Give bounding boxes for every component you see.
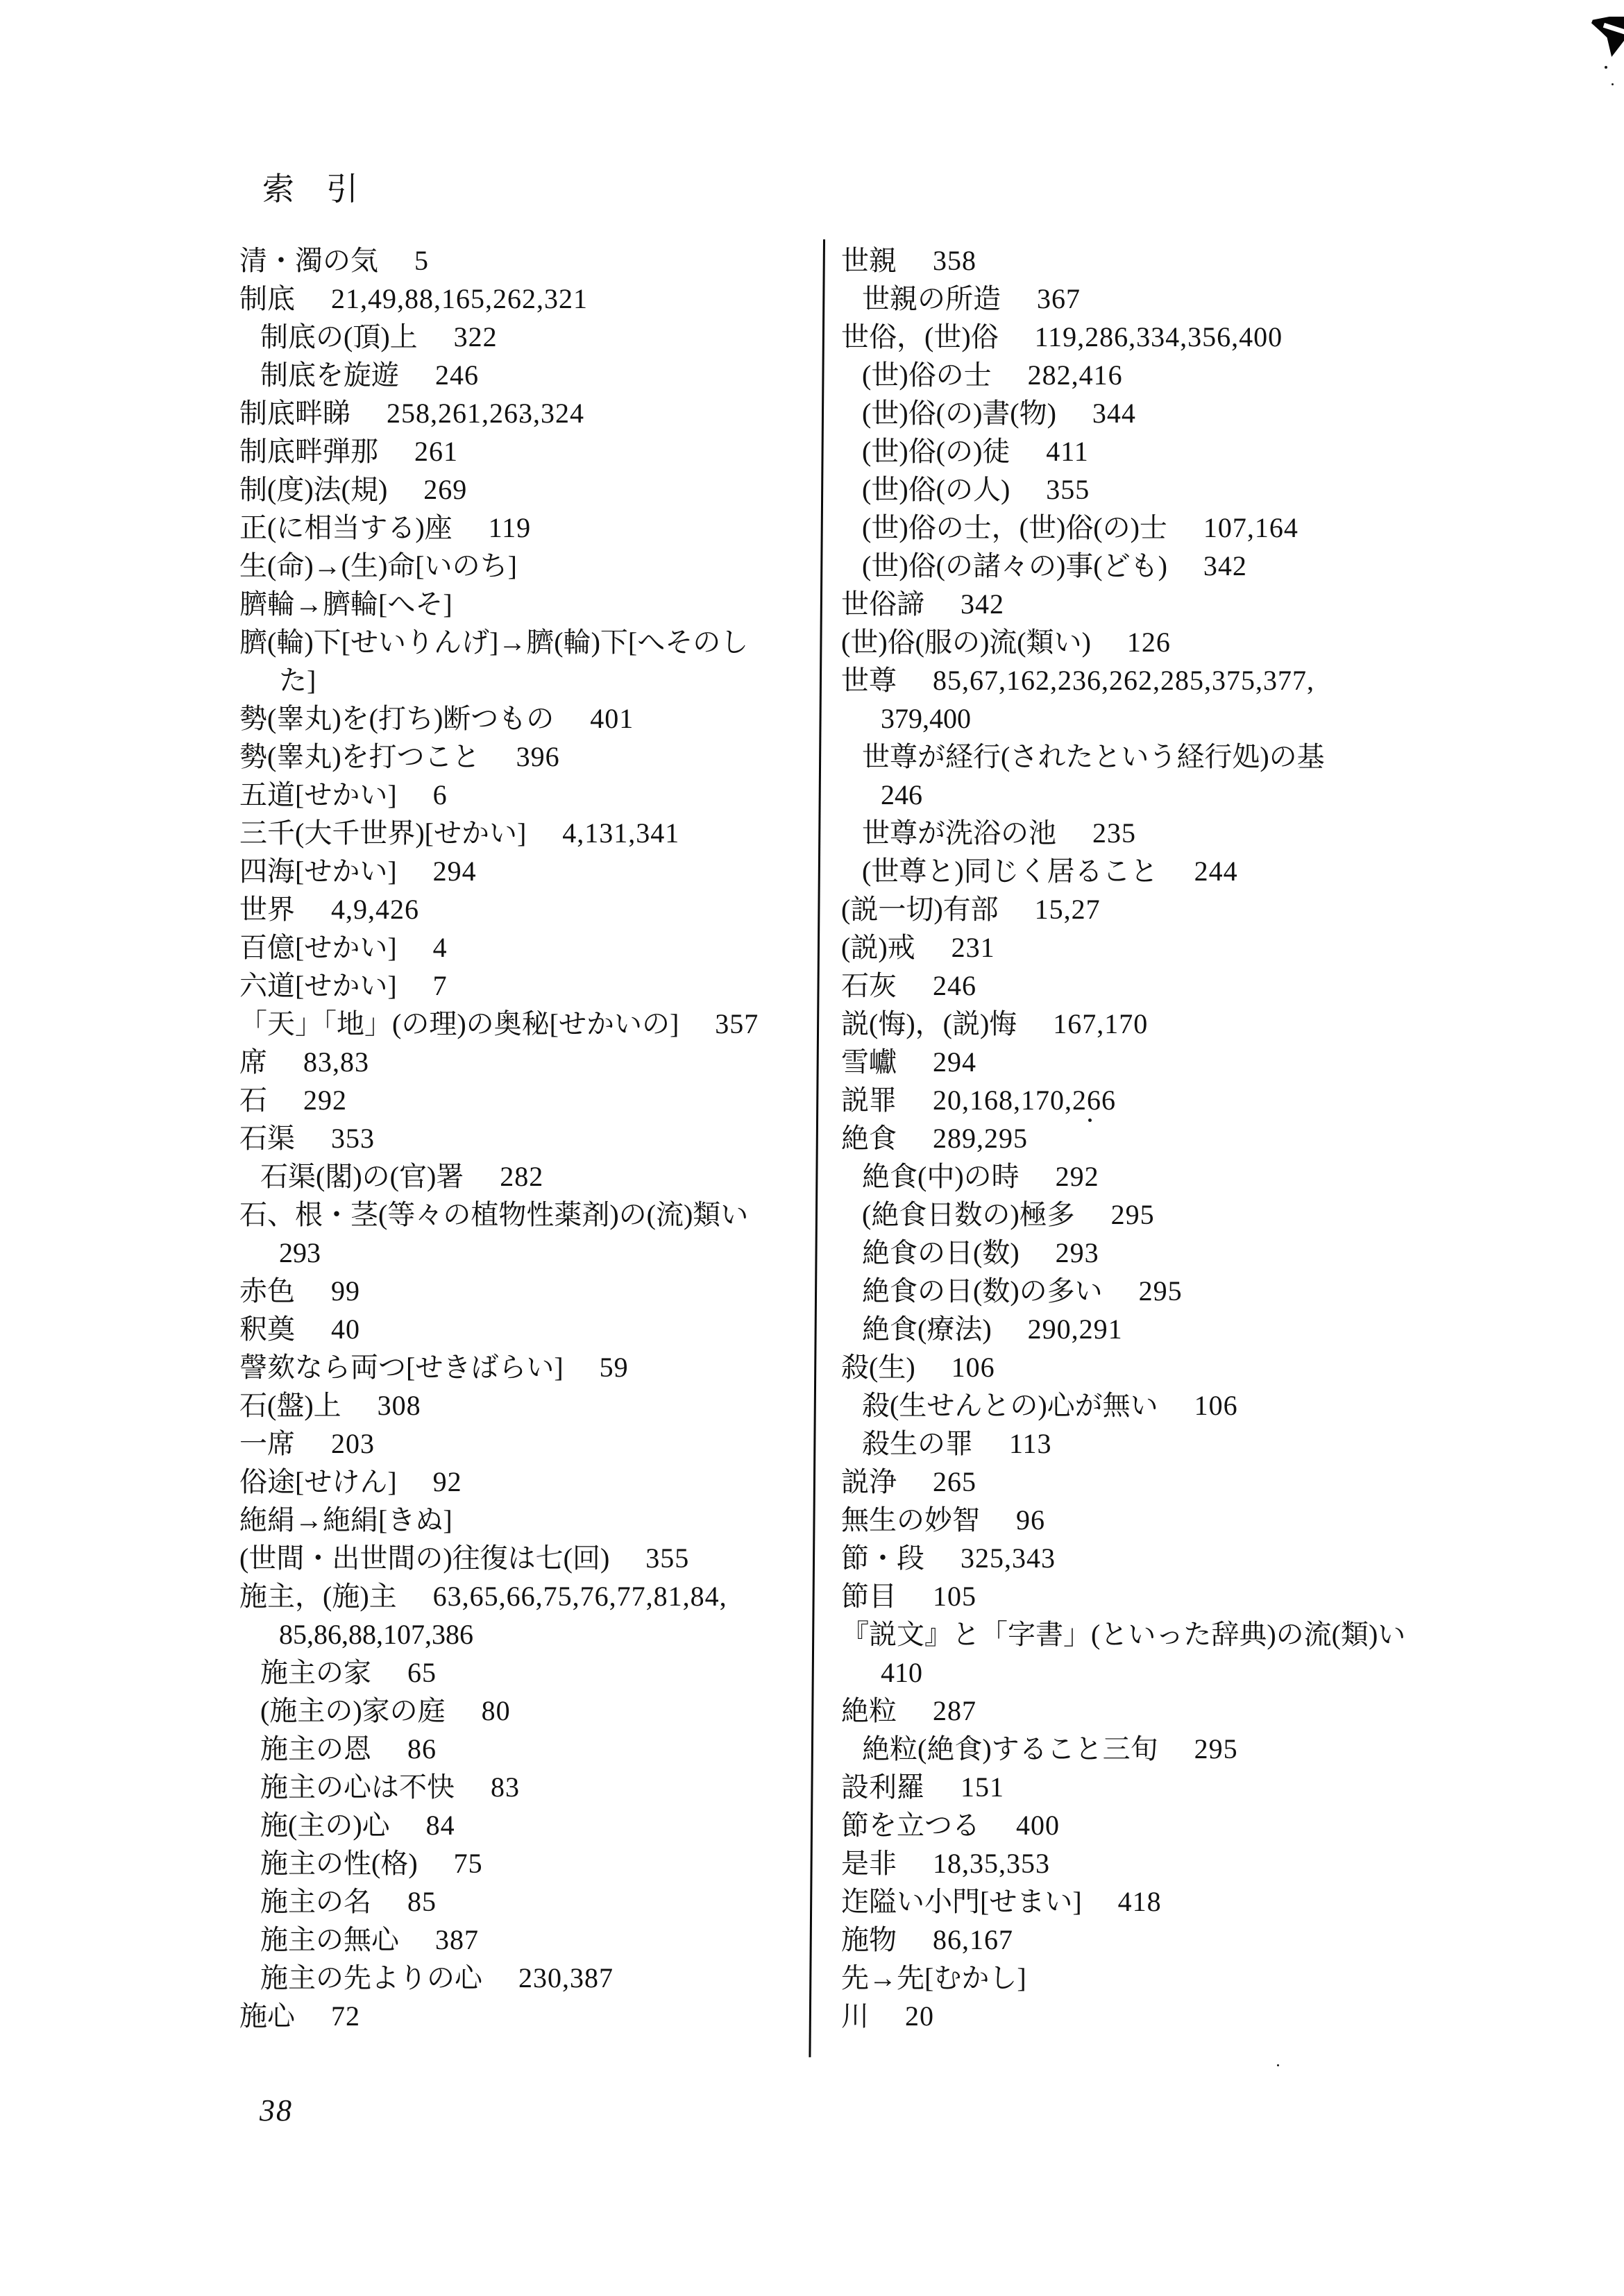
entry-term: た] [279, 665, 316, 696]
entry-term: 五道[せかい] [239, 779, 397, 810]
entry-term: 生(命)→(生)命[いのち] [239, 550, 517, 581]
index-entry: 世尊が洗浴の池235 [841, 814, 1591, 852]
index-entry: 三千(大千世界)[せかい]4,131,341 [239, 814, 829, 852]
index-entry: (世)俗の士282,416 [841, 356, 1591, 394]
index-entry: 説浄265 [841, 1463, 1591, 1501]
index-entry: 施主の恩86 [239, 1730, 829, 1768]
entry-pages: 18,35,353 [933, 1844, 1050, 1882]
index-entry: 施心72 [239, 1997, 829, 2035]
entry-term: 施物 [841, 1924, 897, 1955]
index-entry: 勢(睾丸)を(打ち)断つもの401 [239, 699, 829, 738]
index-page: { "page": { "title": "索引", "number": "38… [0, 0, 1624, 2296]
entry-pages: 4 [433, 928, 448, 967]
entry-pages: 20 [905, 1997, 934, 2035]
entry-pages: 342 [1203, 547, 1247, 585]
index-entry: 制底畔睇258,261,263,324 [239, 394, 829, 432]
entry-pages: 113 [1009, 1425, 1052, 1463]
entry-pages: 107,164 [1203, 509, 1299, 547]
index-entry: 先→先[むかし] [841, 1959, 1591, 1997]
entry-pages: 65 [407, 1653, 437, 1692]
entry-pages: 265 [933, 1463, 976, 1501]
entry-pages: 294 [933, 1043, 976, 1081]
entry-pages: 4,9,426 [331, 890, 419, 928]
entry-term: 施主の先よりの心 [260, 1962, 482, 1993]
scan-speck [521, 416, 523, 419]
entry-term: 施主の名 [260, 1886, 371, 1917]
entry-term: 勢(睾丸)を(打ち)断つもの [239, 703, 554, 734]
entry-pages: 418 [1118, 1882, 1162, 1921]
entry-pages: 151 [961, 1768, 1004, 1806]
entry-pages: 126 [1127, 623, 1171, 661]
index-entry: 謦欬なら両つ[せきばらい]59 [239, 1348, 829, 1386]
index-entry: 85,86,88,107,386 [239, 1615, 829, 1653]
index-entry: (世)俗(の諸々の)事(ども)342 [841, 547, 1591, 585]
entry-term: 謦欬なら両つ[せきばらい] [239, 1352, 564, 1383]
index-entry: 石(盤)上308 [239, 1386, 829, 1425]
index-left-column: 清・濁の気5制底21,49,88,165,262,321制底の(頂)上322制底… [239, 241, 829, 2035]
entry-term: 世親 [841, 245, 897, 276]
index-entry: (世)俗(服の)流(類い)126 [841, 623, 1591, 661]
entry-pages: 401 [590, 699, 634, 738]
index-entry: 生(命)→(生)命[いのち] [239, 547, 829, 585]
index-entry: 世尊85,67,162,236,262,285,375,377, [841, 661, 1591, 699]
entry-term: 無生の妙智 [841, 1504, 980, 1536]
entry-pages: 292 [1056, 1157, 1099, 1196]
index-entry: (世尊と)同じく居ること244 [841, 852, 1591, 890]
index-entry: 殺生の罪113 [841, 1425, 1591, 1463]
index-entry: 施物86,167 [841, 1921, 1591, 1959]
index-entry: 制(度)法(規)269 [239, 470, 829, 509]
entry-pages: 261 [414, 432, 458, 470]
index-entry: (絶食日数の)極多295 [841, 1196, 1591, 1234]
entry-term: 246 [881, 779, 922, 810]
index-entry: 是非18,35,353 [841, 1844, 1591, 1882]
index-entry: 勢(睾丸)を打つこと396 [239, 738, 829, 776]
entry-term: 施主の恩 [260, 1733, 371, 1764]
entry-term: 施主の心は不快 [260, 1771, 455, 1803]
entry-pages: 99 [331, 1272, 360, 1310]
index-entry: 制底の(頂)上322 [239, 318, 829, 356]
index-entry: 世俗，(世)俗119,286,334,356,400 [841, 318, 1591, 356]
entry-term: 石(盤)上 [239, 1390, 341, 1421]
entry-pages: 294 [433, 852, 477, 890]
entry-pages: 325,343 [961, 1539, 1056, 1577]
entry-term: 俗途[せけん] [239, 1466, 397, 1497]
entry-pages: 290,291 [1028, 1310, 1123, 1348]
entry-pages: 86,167 [933, 1921, 1013, 1959]
entry-pages: 292 [303, 1081, 347, 1119]
index-entry: 410 [841, 1653, 1591, 1692]
index-entry: 絶粒287 [841, 1692, 1591, 1730]
entry-term: 施心 [239, 2000, 295, 2032]
entry-term: 世尊が経行(されたという経行処)の基 [862, 741, 1325, 772]
index-entry: (説)戒231 [841, 928, 1591, 967]
entry-term: (世)俗(服の)流(類い) [841, 627, 1091, 658]
index-entry: 施主，(施)主63,65,66,75,76,77,81,84, [239, 1577, 829, 1615]
entry-term: 絁絹→絁絹[きぬ] [239, 1504, 452, 1536]
entry-pages: 411 [1046, 432, 1089, 470]
entry-pages: 7 [433, 967, 448, 1005]
entry-term: (説)戒 [841, 932, 915, 963]
entry-term: 410 [881, 1657, 922, 1688]
entry-pages: 106 [951, 1348, 995, 1386]
index-entry: 絶食(中)の時292 [841, 1157, 1591, 1196]
index-right-column: 世親358世親の所造367世俗，(世)俗119,286,334,356,400(… [841, 241, 1591, 2035]
index-entry: 絁絹→絁絹[きぬ] [239, 1501, 829, 1539]
index-entry: 絶食の日(数)の多い295 [841, 1272, 1591, 1310]
index-entry: 石292 [239, 1081, 829, 1119]
entry-pages: 5 [414, 241, 429, 280]
index-entry: 世俗諦342 [841, 585, 1591, 623]
index-entry: た] [239, 661, 829, 699]
entry-term: 六道[せかい] [239, 970, 397, 1001]
index-entry: (世)俗の士，(世)俗(の)士107,164 [841, 509, 1591, 547]
entry-term: 迮隘い小門[せまい] [841, 1886, 1082, 1917]
scan-corner-artifact [1591, 17, 1624, 57]
entry-term: 絶食(中)の時 [862, 1161, 1020, 1192]
entry-pages: 353 [331, 1119, 375, 1157]
entry-pages: 235 [1092, 814, 1136, 852]
entry-term: 85,86,88,107,386 [279, 1619, 473, 1650]
entry-term: 川 [841, 2000, 869, 2032]
entry-term: 石 [239, 1085, 267, 1116]
index-entry: 絶食の日(数)293 [841, 1234, 1591, 1272]
entry-pages: 282,416 [1028, 356, 1123, 394]
entry-term: 節を立つる [841, 1810, 980, 1841]
entry-term: 施主，(施)主 [239, 1581, 397, 1612]
index-entry: 節を立つる400 [841, 1806, 1591, 1844]
entry-pages: 357 [715, 1005, 759, 1043]
index-entry: 施主の無心387 [239, 1921, 829, 1959]
entry-term: 雪巘 [841, 1046, 897, 1078]
entry-term: (世)俗(の人) [862, 474, 1010, 505]
entry-term: 世俗，(世)俗 [841, 321, 999, 352]
entry-pages: 287 [933, 1692, 976, 1730]
entry-pages: 40 [331, 1310, 360, 1348]
index-entry: (説一切)有部15,27 [841, 890, 1591, 928]
index-entry: 臍輪→臍輪[へそ] [239, 585, 829, 623]
entry-term: 制底の(頂)上 [260, 321, 418, 352]
index-entry: 説(悔)，(説)悔167,170 [841, 1005, 1591, 1043]
entry-pages: 244 [1194, 852, 1238, 890]
index-entry: 379,400 [841, 699, 1591, 738]
entry-pages: 92 [433, 1463, 462, 1501]
entry-pages: 342 [961, 585, 1004, 623]
entry-term: 節目 [841, 1581, 897, 1612]
entry-term: 席 [239, 1046, 267, 1078]
index-entry: 『説文』と「字書」(といった辞典)の流(類)い [841, 1615, 1591, 1653]
entry-term: 絶食の日(数)の多い [862, 1275, 1103, 1307]
index-entry: 絶粒(絶食)すること三旬295 [841, 1730, 1591, 1768]
index-entry: 清・濁の気5 [239, 241, 829, 280]
entry-term: (世)俗の士，(世)俗(の)士 [862, 512, 1167, 543]
entry-pages: 84 [426, 1806, 455, 1844]
entry-term: 絶食の日(数) [862, 1237, 1020, 1268]
scan-speck [1612, 83, 1614, 85]
index-entry: 施主の心は不快83 [239, 1768, 829, 1806]
entry-term: 『説文』と「字書」(といった辞典)の流(類)い [841, 1619, 1405, 1650]
entry-pages: 308 [378, 1386, 421, 1425]
entry-pages: 75 [454, 1844, 483, 1882]
entry-pages: 269 [423, 470, 467, 509]
entry-term: 絶食(療法) [862, 1313, 992, 1345]
index-entry: (世)俗(の)書(物)344 [841, 394, 1591, 432]
index-entry: 石渠353 [239, 1119, 829, 1157]
entry-pages: 246 [933, 967, 976, 1005]
entry-pages: 80 [482, 1692, 511, 1730]
entry-term: 制底 [239, 283, 295, 314]
entry-term: 勢(睾丸)を打つこと [239, 741, 480, 772]
page-number: 38 [260, 2093, 293, 2128]
index-entry: 説罪20,168,170,266 [841, 1081, 1591, 1119]
entry-term: 一席 [239, 1428, 295, 1459]
index-entry: 無生の妙智96 [841, 1501, 1591, 1539]
index-entry: 施(主の)心84 [239, 1806, 829, 1844]
scan-speck [1277, 2064, 1279, 2066]
index-entry: 施主の家65 [239, 1653, 829, 1692]
entry-pages: 105 [933, 1577, 976, 1615]
entry-term: 石、根・茎(等々の植物性薬剤)の(流)類い [239, 1199, 748, 1230]
entry-term: 石灰 [841, 970, 897, 1001]
entry-pages: 282 [500, 1157, 543, 1196]
entry-pages: 295 [1111, 1196, 1155, 1234]
index-entry: 川20 [841, 1997, 1591, 2035]
index-entry: 制底21,49,88,165,262,321 [239, 280, 829, 318]
entry-pages: 322 [454, 318, 498, 356]
entry-pages: 295 [1194, 1730, 1238, 1768]
index-entry: 一席203 [239, 1425, 829, 1463]
index-entry: 施主の性(格)75 [239, 1844, 829, 1882]
index-entry: 殺(生)106 [841, 1348, 1591, 1386]
entry-pages: 4,131,341 [562, 814, 679, 852]
entry-term: 379,400 [881, 703, 971, 734]
entry-term: 世尊が洗浴の池 [862, 817, 1056, 849]
entry-term: 百億[せかい] [239, 932, 397, 963]
entry-pages: 289,295 [933, 1119, 1028, 1157]
entry-pages: 63,65,66,75,76,77,81,84, [433, 1577, 727, 1615]
scan-speck [1605, 66, 1607, 69]
entry-term: 世尊 [841, 665, 897, 696]
entry-term: 節・段 [841, 1542, 924, 1574]
entry-pages: 85 [407, 1882, 437, 1921]
entry-term: (世間・出世間の)往復は七(回) [239, 1542, 609, 1574]
entry-term: 石渠(閣)の(官)署 [260, 1161, 464, 1192]
index-entry: 絶食(療法)290,291 [841, 1310, 1591, 1348]
entry-pages: 167,170 [1053, 1005, 1148, 1043]
index-entry: 迮隘い小門[せまい]418 [841, 1882, 1591, 1921]
entry-term: 説(悔)，(説)悔 [841, 1008, 1017, 1039]
entry-pages: 344 [1092, 394, 1136, 432]
entry-term: 施(主の)心 [260, 1810, 390, 1841]
entry-pages: 293 [1056, 1234, 1099, 1272]
index-entry: (世間・出世間の)往復は七(回)355 [239, 1539, 829, 1577]
index-entry: 五道[せかい]6 [239, 776, 829, 814]
entry-term: 施主の性(格) [260, 1848, 418, 1879]
entry-pages: 96 [1016, 1501, 1045, 1539]
scan-speck [1088, 1119, 1092, 1122]
entry-term: 施主の無心 [260, 1924, 399, 1955]
entry-term: 制底畔弾那 [239, 436, 378, 467]
entry-pages: 119,286,334,356,400 [1035, 318, 1283, 356]
index-entry: 石灰246 [841, 967, 1591, 1005]
index-entry: (世)俗(の人)355 [841, 470, 1591, 509]
entry-pages: 15,27 [1035, 890, 1101, 928]
entry-pages: 246 [435, 356, 479, 394]
entry-term: 説浄 [841, 1466, 897, 1497]
index-entry: 世界4,9,426 [239, 890, 829, 928]
entry-pages: 72 [331, 1997, 360, 2035]
entry-term: 絶食 [841, 1123, 897, 1154]
index-entry: (世)俗(の)徒411 [841, 432, 1591, 470]
entry-term: (世尊と)同じく居ること [862, 856, 1158, 887]
entry-term: 世親の所造 [862, 283, 1001, 314]
entry-pages: 355 [645, 1539, 689, 1577]
entry-term: 清・濁の気 [239, 245, 378, 276]
entry-term: 293 [279, 1237, 321, 1268]
entry-pages: 387 [435, 1921, 479, 1959]
index-entry: 石渠(閣)の(官)署282 [239, 1157, 829, 1196]
entry-term: 殺(生) [841, 1352, 915, 1383]
entry-pages: 295 [1139, 1272, 1183, 1310]
entry-pages: 20,168,170,266 [933, 1081, 1116, 1119]
entry-term: 是非 [841, 1848, 897, 1879]
index-entry: 席83,83 [239, 1043, 829, 1081]
entry-pages: 6 [433, 776, 448, 814]
entry-pages: 400 [1016, 1806, 1060, 1844]
entry-term: (絶食日数の)極多 [862, 1199, 1075, 1230]
entry-term: 三千(大千世界)[せかい] [239, 817, 526, 849]
entry-pages: 83 [491, 1768, 520, 1806]
index-entry: 俗途[せけん]92 [239, 1463, 829, 1501]
index-entry: 釈奠40 [239, 1310, 829, 1348]
entry-term: 正(に相当する)座 [239, 512, 452, 543]
index-entry: 雪巘294 [841, 1043, 1591, 1081]
entry-pages: 231 [951, 928, 995, 967]
index-entry: 節・段325,343 [841, 1539, 1591, 1577]
entry-pages: 83,83 [303, 1043, 369, 1081]
index-entry: 石、根・茎(等々の植物性薬剤)の(流)類い [239, 1196, 829, 1234]
index-entry: 世親の所造367 [841, 280, 1591, 318]
entry-term: (世)俗の士 [862, 359, 992, 391]
entry-pages: 203 [331, 1425, 375, 1463]
index-entry: 世親358 [841, 241, 1591, 280]
entry-term: 釈奠 [239, 1313, 295, 1345]
index-entry: 246 [841, 776, 1591, 814]
entry-term: 絶粒 [841, 1695, 897, 1726]
index-entry: 制底畔弾那261 [239, 432, 829, 470]
index-entry: 百億[せかい]4 [239, 928, 829, 967]
index-entry: 世尊が経行(されたという経行処)の基 [841, 738, 1591, 776]
index-entry: 「天」「地」(の理)の奥秘[せかいの]357 [239, 1005, 829, 1043]
entry-term: 四海[せかい] [239, 856, 397, 887]
entry-term: (説一切)有部 [841, 894, 999, 925]
entry-term: 先→先[むかし] [841, 1962, 1026, 1993]
entry-pages: 86 [407, 1730, 437, 1768]
entry-term: 殺生の罪 [862, 1428, 973, 1459]
entry-term: 説罪 [841, 1085, 897, 1116]
index-entry: 正(に相当する)座119 [239, 509, 829, 547]
entry-pages: 258,261,263,324 [387, 394, 584, 432]
entry-pages: 106 [1194, 1386, 1238, 1425]
index-entry: 殺(生せんとの)心が無い106 [841, 1386, 1591, 1425]
entry-term: 制底畔睇 [239, 398, 350, 429]
page-title: 索引 [262, 164, 390, 210]
entry-term: 「天」「地」(の理)の奥秘[せかいの] [239, 1008, 679, 1039]
index-entry: (施主の)家の庭80 [239, 1692, 829, 1730]
index-entry: 設利羅151 [841, 1768, 1591, 1806]
entry-pages: 119 [489, 509, 532, 547]
index-entry: 施主の名85 [239, 1882, 829, 1921]
entry-term: 制(度)法(規) [239, 474, 387, 505]
entry-term: 臍輪→臍輪[へそ] [239, 588, 452, 620]
entry-term: 殺(生せんとの)心が無い [862, 1390, 1158, 1421]
entry-term: 臍(輪)下[せいりんげ]→臍(輪)下[へそのし [239, 627, 748, 658]
entry-term: (世)俗(の)徒 [862, 436, 1010, 467]
entry-pages: 367 [1037, 280, 1081, 318]
index-entry: 六道[せかい]7 [239, 967, 829, 1005]
index-entry: 293 [239, 1234, 829, 1272]
entry-pages: 85,67,162,236,262,285,375,377, [933, 661, 1314, 699]
entry-term: 施主の家 [260, 1657, 371, 1688]
entry-term: 赤色 [239, 1275, 295, 1307]
entry-term: 世俗諦 [841, 588, 924, 620]
entry-term: (世)俗(の諸々の)事(ども) [862, 550, 1167, 581]
entry-pages: 230,387 [518, 1959, 614, 1997]
entry-pages: 358 [933, 241, 976, 280]
entry-term: 世界 [239, 894, 295, 925]
index-entry: 赤色99 [239, 1272, 829, 1310]
entry-pages: 59 [600, 1348, 629, 1386]
entry-term: (世)俗(の)書(物) [862, 398, 1056, 429]
entry-pages: 21,49,88,165,262,321 [331, 280, 588, 318]
entry-term: 絶粒(絶食)すること三旬 [862, 1733, 1158, 1764]
entry-term: 石渠 [239, 1123, 295, 1154]
entry-pages: 355 [1046, 470, 1090, 509]
index-entry: 節目105 [841, 1577, 1591, 1615]
entry-term: 設利羅 [841, 1771, 924, 1803]
index-entry: 四海[せかい]294 [239, 852, 829, 890]
entry-term: 制底を旋遊 [260, 359, 399, 391]
entry-term: (施主の)家の庭 [260, 1695, 446, 1726]
index-entry: 制底を旋遊246 [239, 356, 829, 394]
index-entry: 施主の先よりの心230,387 [239, 1959, 829, 1997]
index-entry: 臍(輪)下[せいりんげ]→臍(輪)下[へそのし [239, 623, 829, 661]
index-entry: 絶食289,295 [841, 1119, 1591, 1157]
entry-pages: 396 [516, 738, 560, 776]
